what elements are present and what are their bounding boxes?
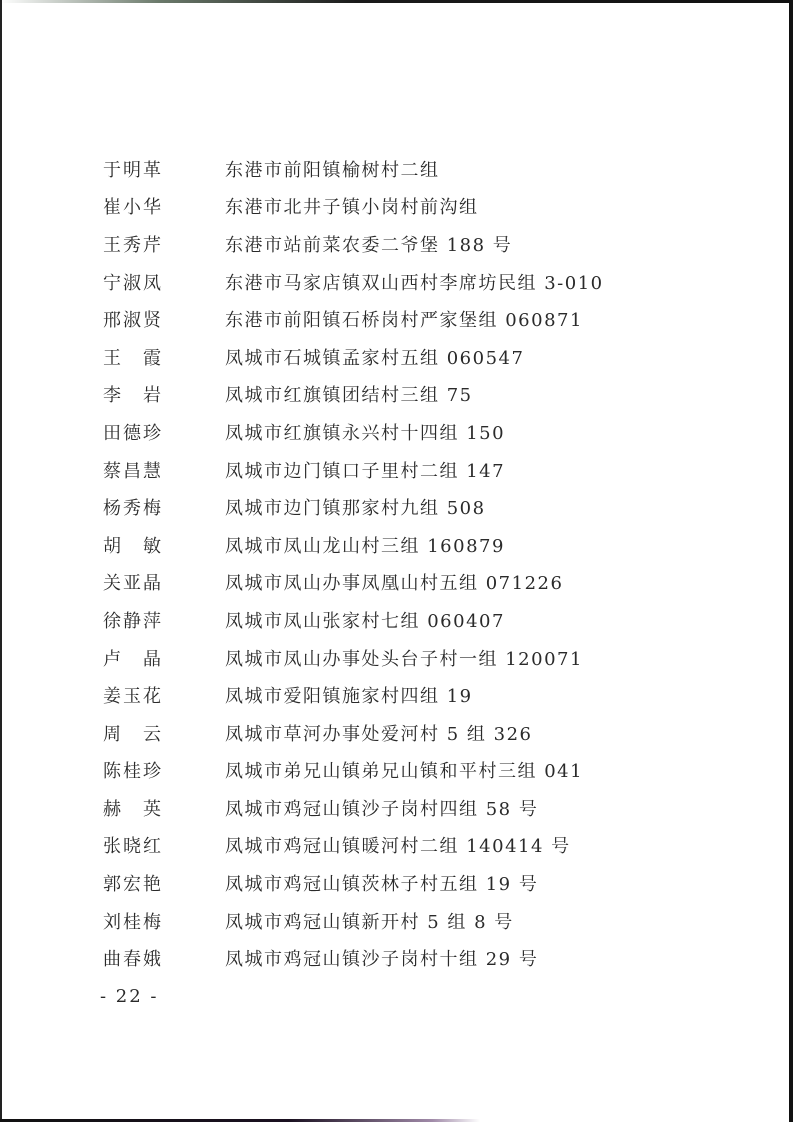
address: 凤城市草河办事处爱河村 5 组 326 xyxy=(225,726,532,744)
address: 东港市马家店镇双山西村李席坊民组 3-010 xyxy=(225,275,604,293)
list-item: 曲春娥凤城市鸡冠山镇沙子岗村十组 29 号 xyxy=(103,941,604,979)
list-item: 卢 晶凤城市凤山办事处头台子村一组 120071 xyxy=(103,641,604,679)
address: 凤城市红旗镇永兴村十四组 150 xyxy=(225,425,505,443)
person-name: 崔小华 xyxy=(103,199,225,217)
person-name: 周 云 xyxy=(103,726,225,744)
address: 东港市前阳镇榆树村二组 xyxy=(225,162,440,180)
list-item: 崔小华东港市北井子镇小岗村前沟组 xyxy=(103,190,604,228)
person-name: 曲春娥 xyxy=(103,951,225,969)
person-name: 刘桂梅 xyxy=(103,914,225,932)
person-name: 张晓红 xyxy=(103,838,225,856)
list-item: 徐静萍凤城市凤山张家村七组 060407 xyxy=(103,603,604,641)
list-item: 杨秀梅凤城市边门镇那家村九组 508 xyxy=(103,490,604,528)
person-name: 李 岩 xyxy=(103,387,225,405)
person-name: 郭宏艳 xyxy=(103,876,225,894)
address: 凤城市鸡冠山镇沙子岗村四组 58 号 xyxy=(225,801,538,819)
list-item: 蔡昌慧凤城市边门镇口子里村二组 147 xyxy=(103,453,604,491)
person-name: 关亚晶 xyxy=(103,575,225,593)
page-number: - 22 - xyxy=(100,986,159,1007)
person-name: 胡 敏 xyxy=(103,538,225,556)
list-item: 赫 英凤城市鸡冠山镇沙子岗村四组 58 号 xyxy=(103,791,604,829)
address: 凤城市凤山张家村七组 060407 xyxy=(225,613,505,631)
address: 凤城市凤山办事处头台子村一组 120071 xyxy=(225,651,583,669)
list-item: 周 云凤城市草河办事处爱河村 5 组 326 xyxy=(103,716,604,754)
address: 凤城市爱阳镇施家村四组 19 xyxy=(225,688,473,706)
address: 凤城市鸡冠山镇新开村 5 组 8 号 xyxy=(225,914,514,932)
address: 东港市北井子镇小岗村前沟组 xyxy=(225,199,479,217)
person-name: 卢 晶 xyxy=(103,651,225,669)
scan-edge-right xyxy=(789,0,793,1122)
address: 东港市站前菜农委二爷堡 188 号 xyxy=(225,237,512,255)
list-item: 田德珍凤城市红旗镇永兴村十四组 150 xyxy=(103,415,604,453)
list-item: 宁淑凤东港市马家店镇双山西村李席坊民组 3-010 xyxy=(103,265,604,303)
scan-edge-left xyxy=(0,0,2,1122)
list-item: 于明革东港市前阳镇榆树村二组 xyxy=(103,152,604,190)
address: 凤城市凤山龙山村三组 160879 xyxy=(225,538,505,556)
person-name: 田德珍 xyxy=(103,425,225,443)
address: 凤城市边门镇口子里村二组 147 xyxy=(225,463,505,481)
list-item: 王秀芹东港市站前菜农委二爷堡 188 号 xyxy=(103,227,604,265)
list-item: 王 霞凤城市石城镇孟家村五组 060547 xyxy=(103,340,604,378)
person-name: 姜玉花 xyxy=(103,688,225,706)
address: 凤城市红旗镇团结村三组 75 xyxy=(225,387,473,405)
list-item: 姜玉花凤城市爱阳镇施家村四组 19 xyxy=(103,678,604,716)
person-name: 杨秀梅 xyxy=(103,500,225,518)
list-item: 张晓红凤城市鸡冠山镇暖河村二组 140414 号 xyxy=(103,829,604,867)
list-item: 关亚晶凤城市凤山办事凤凰山村五组 071226 xyxy=(103,566,604,604)
list-item: 李 岩凤城市红旗镇团结村三组 75 xyxy=(103,378,604,416)
address: 凤城市凤山办事凤凰山村五组 071226 xyxy=(225,575,563,593)
person-name: 于明革 xyxy=(103,162,225,180)
person-name: 王秀芹 xyxy=(103,237,225,255)
person-name: 陈桂珍 xyxy=(103,763,225,781)
address: 凤城市鸡冠山镇沙子岗村十组 29 号 xyxy=(225,951,538,969)
address: 凤城市石城镇孟家村五组 060547 xyxy=(225,350,524,368)
address: 凤城市鸡冠山镇暖河村二组 140414 号 xyxy=(225,838,571,856)
address: 东港市前阳镇石桥岗村严家堡组 060871 xyxy=(225,312,583,330)
address: 凤城市弟兄山镇弟兄山镇和平村三组 041 xyxy=(225,763,583,781)
person-name: 蔡昌慧 xyxy=(103,463,225,481)
address: 凤城市鸡冠山镇茨林子村五组 19 号 xyxy=(225,876,538,894)
person-name: 王 霞 xyxy=(103,350,225,368)
person-name: 赫 英 xyxy=(103,801,225,819)
list-item: 邢淑贤东港市前阳镇石桥岗村严家堡组 060871 xyxy=(103,302,604,340)
scan-edge-top xyxy=(0,0,793,3)
address: 凤城市边门镇那家村九组 508 xyxy=(225,500,486,518)
list-item: 陈桂珍凤城市弟兄山镇弟兄山镇和平村三组 041 xyxy=(103,754,604,792)
person-name: 徐静萍 xyxy=(103,613,225,631)
person-name: 宁淑凤 xyxy=(103,275,225,293)
list-item: 刘桂梅凤城市鸡冠山镇新开村 5 组 8 号 xyxy=(103,904,604,942)
list-item: 郭宏艳凤城市鸡冠山镇茨林子村五组 19 号 xyxy=(103,866,604,904)
name-address-list: 于明革东港市前阳镇榆树村二组崔小华东港市北井子镇小岗村前沟组王秀芹东港市站前菜农… xyxy=(103,152,604,979)
list-item: 胡 敏凤城市凤山龙山村三组 160879 xyxy=(103,528,604,566)
person-name: 邢淑贤 xyxy=(103,312,225,330)
